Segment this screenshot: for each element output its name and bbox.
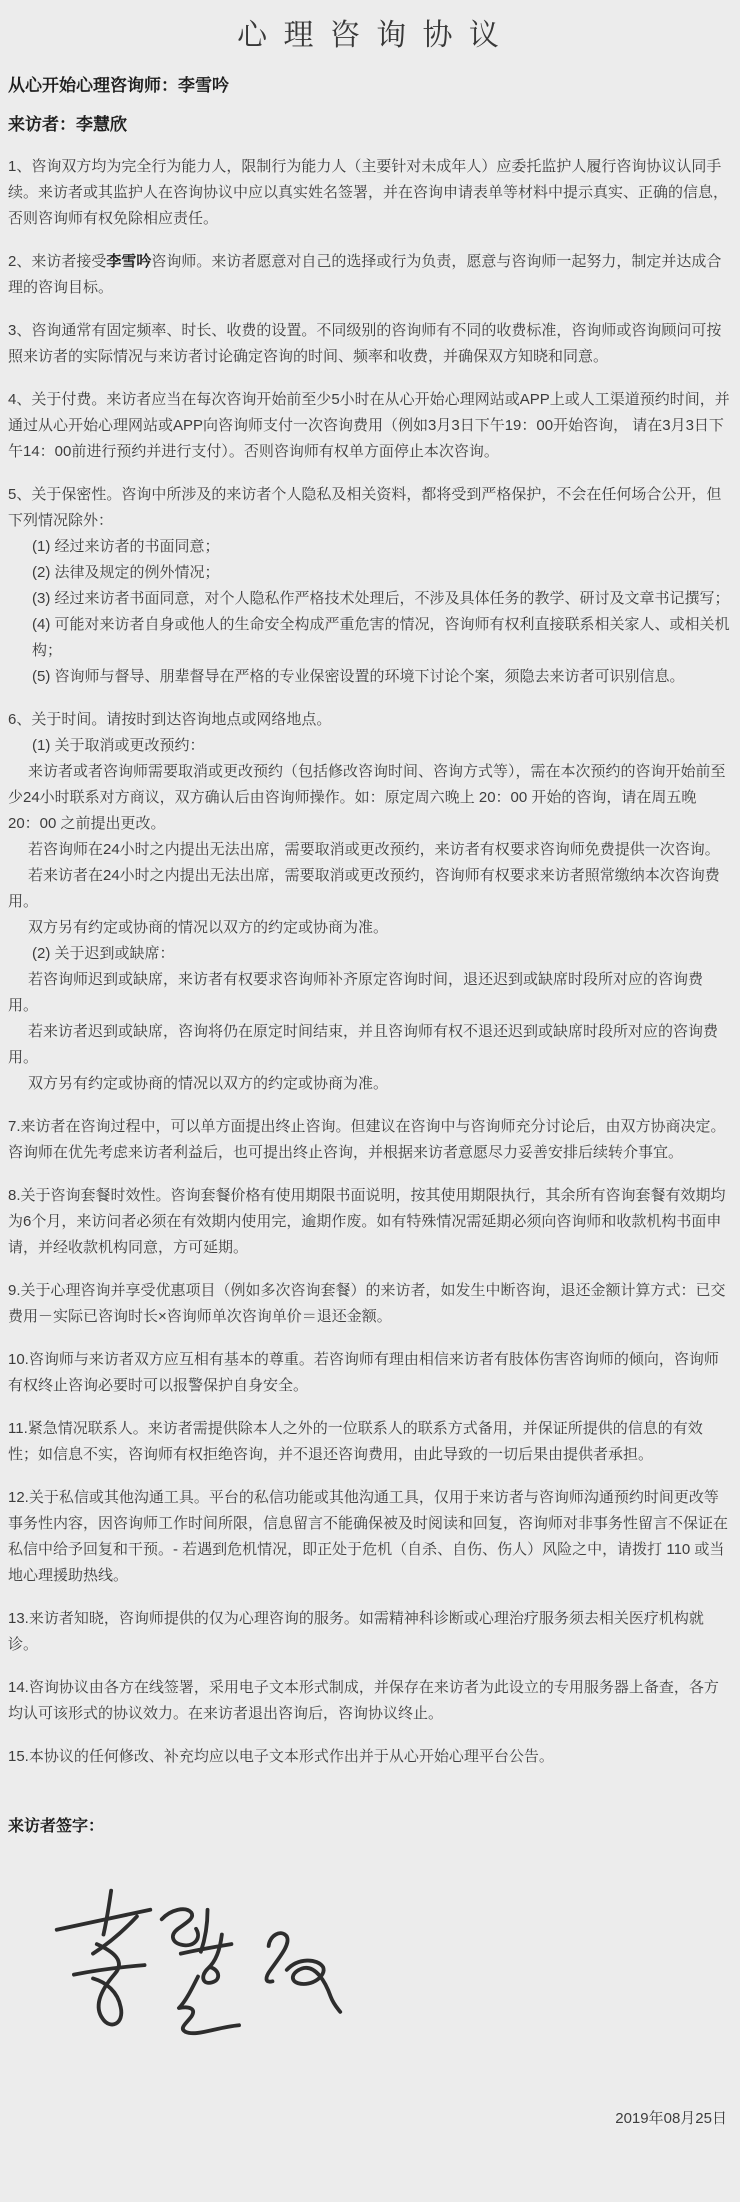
agreement-document: 心 理 咨 询 协 议 从心开始心理咨询师：李雪吟 来访者：李慧欣 1、咨询双方… — [0, 0, 740, 2202]
term-4: 4、关于付费。来访者应当在每次咨询开始前至少5小时在从心开始心理网站或APP上或… — [8, 387, 732, 465]
term-2: 2、来访者接受李雪吟咨询师。来访者愿意对自己的选择或行为负责，愿意与咨询师一起努… — [8, 249, 732, 301]
term-6-sub-1-line-3: 若来访者在24小时之内提出无法出席，需要取消或更改预约，咨询师有权要求来访者照常… — [8, 863, 732, 915]
term-6: 6、关于时间。请按时到达咨询地点或网络地点。 — [8, 707, 732, 733]
term-6-sub-2-line-1: 若咨询师迟到或缺席，来访者有权要求咨询师补齐原定咨询时间，退还迟到或缺席时段所对… — [8, 967, 732, 1019]
term-5-item-3: (3) 经过来访者书面同意，对个人隐私作严格技术处理后，不涉及具体任务的教学、研… — [32, 586, 732, 612]
term-2-prefix: 2、来访者接受 — [8, 253, 106, 270]
agreement-date: 2019年08月25日 — [8, 2106, 732, 2132]
term-15: 15.本协议的任何修改、补充均应以电子文本形式作出并于从心开始心理平台公告。 — [8, 1744, 732, 1770]
term-6-sub-1-line-4: 双方另有约定或协商的情况以双方的约定或协商为准。 — [8, 915, 732, 941]
term-6-sub-2-head: (2) 关于迟到或缺席： — [32, 941, 732, 967]
term-6-sub-1-line-1: 来访者或者咨询师需要取消或更改预约（包括修改咨询时间、咨询方式等），需在本次预约… — [8, 759, 732, 837]
term-11: 11.紧急情况联系人。来访者需提供除本人之外的一位联系人的联系方式备用，并保证所… — [8, 1416, 732, 1468]
visitor-label: 来访者： — [8, 115, 76, 134]
counselor-line: 从心开始心理咨询师：李雪吟 — [8, 74, 732, 98]
term-5: 5、关于保密性。咨询中所涉及的来访者个人隐私及相关资料，都将受到严格保护，不会在… — [8, 482, 732, 534]
term-5-item-4: (4) 可能对来访者自身或他人的生命安全构成严重危害的情况，咨询师有权利直接联系… — [32, 612, 732, 664]
visitor-signature — [38, 1862, 358, 2072]
term-5-item-5: (5) 咨询师与督导、朋辈督导在严格的专业保密设置的环境下讨论个案，须隐去来访者… — [32, 664, 732, 690]
term-6-sub-1-head: (1) 关于取消或更改预约： — [32, 733, 732, 759]
signature-label: 来访者签字： — [8, 1814, 732, 1840]
visitor-name: 李慧欣 — [76, 115, 127, 134]
counselor-name: 李雪吟 — [178, 76, 229, 95]
term-5-item-2: (2) 法律及规定的例外情况； — [32, 560, 732, 586]
term-10: 10.咨询师与来访者双方应互相有基本的尊重。若咨询师有理由相信来访者有肢体伤害咨… — [8, 1347, 732, 1399]
term-6-sub-2-line-3: 双方另有约定或协商的情况以双方的约定或协商为准。 — [8, 1071, 732, 1097]
page-title: 心 理 咨 询 协 议 — [8, 16, 732, 56]
term-9: 9.关于心理咨询并享受优惠项目（例如多次咨询套餐）的来访者，如发生中断咨询，退还… — [8, 1278, 732, 1330]
term-5-item-1: (1) 经过来访者的书面同意； — [32, 534, 732, 560]
term-6-sub-1-line-2: 若咨询师在24小时之内提出无法出席，需要取消或更改预约，来访者有权要求咨询师免费… — [8, 837, 732, 863]
term-8: 8.关于咨询套餐时效性。咨询套餐价格有使用期限书面说明，按其使用期限执行，其余所… — [8, 1183, 732, 1261]
term-12: 12.关于私信或其他沟通工具。平台的私信功能或其他沟通工具，仅用于来访者与咨询师… — [8, 1485, 732, 1589]
term-13: 13.来访者知晓，咨询师提供的仅为心理咨询的服务。如需精神科诊断或心理治疗服务须… — [8, 1606, 732, 1658]
term-1: 1、咨询双方均为完全行为能力人，限制行为能力人（主要针对未成年人）应委托监护人履… — [8, 154, 732, 232]
counselor-label: 从心开始心理咨询师： — [8, 76, 178, 95]
visitor-line: 来访者：李慧欣 — [8, 113, 732, 137]
term-6-sub-2-line-2: 若来访者迟到或缺席，咨询将仍在原定时间结束，并且咨询师有权不退还迟到或缺席时段所… — [8, 1019, 732, 1071]
counselor-name-inline: 李雪吟 — [106, 253, 151, 270]
term-3: 3、咨询通常有固定频率、时长、收费的设置。不同级别的咨询师有不同的收费标准，咨询… — [8, 318, 732, 370]
term-14: 14.咨询协议由各方在线签署，采用电子文本形式制成，并保存在来访者为此设立的专用… — [8, 1675, 732, 1727]
term-7: 7.来访者在咨询过程中，可以单方面提出终止咨询。但建议在咨询中与咨询师充分讨论后… — [8, 1114, 732, 1166]
